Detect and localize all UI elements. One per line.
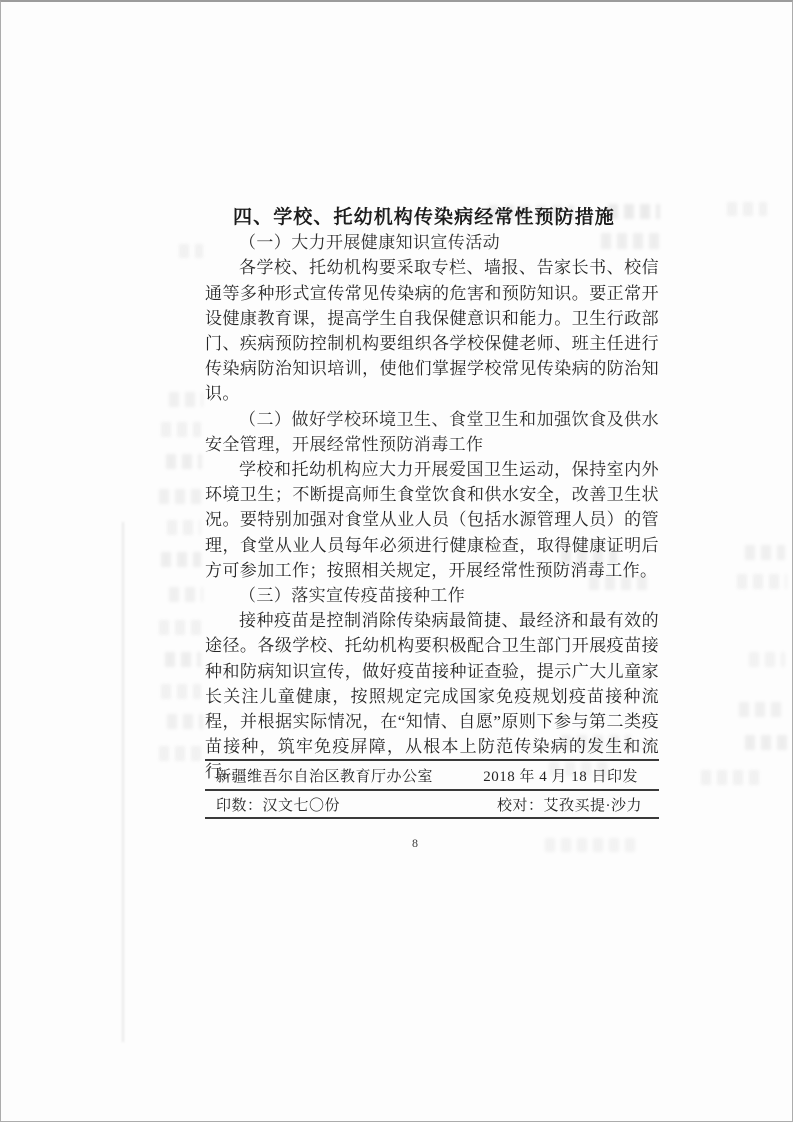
ink-bleed-artifact [545, 838, 635, 852]
proofreader: 校对：艾孜买提·沙力 [497, 794, 642, 815]
print-count: 印数：汉文七〇份 [216, 794, 340, 815]
ink-bleed-artifact [167, 520, 201, 535]
ink-bleed-artifact [159, 489, 201, 504]
subsection-heading-2: （二）做好学校环境卫生、食堂卫生和加强饮食及供水安全管理，开展经常性预防消毒工作 [205, 407, 659, 457]
ink-bleed-artifact [161, 684, 201, 699]
subsection-heading-1: （一）大力开展健康知识宣传活动 [205, 230, 659, 255]
print-date: 2018 年 4 月 18 日印发 [483, 765, 638, 786]
ink-bleed-artifact [179, 244, 203, 258]
ink-bleed-artifact [745, 545, 785, 560]
ink-bleed-artifact [159, 746, 201, 761]
ink-bleed-artifact [161, 552, 201, 567]
ink-bleed-artifact [165, 652, 201, 667]
ink-bleed-artifact [737, 574, 787, 589]
colophon-row-printing: 印数：汉文七〇份 校对：艾孜买提·沙力 [205, 791, 659, 819]
scanned-page: 四、学校、托幼机构传染病经常性预防措施 （一）大力开展健康知识宣传活动 各学校、… [0, 0, 793, 1122]
paragraph-1: 各学校、托幼机构要采取专栏、墙报、告家长书、校信通等多种形式宣传常见传染病的危害… [205, 255, 659, 406]
ink-bleed-artifact [745, 735, 787, 750]
ink-bleed-artifact [167, 714, 203, 729]
ink-bleed-artifact [749, 652, 785, 667]
issuer-office: 新疆维吾尔自治区教育厅办公室 [216, 765, 433, 786]
colophon: 新疆维吾尔自治区教育厅办公室 2018 年 4 月 18 日印发 印数：汉文七〇… [205, 759, 659, 819]
section-heading: 四、学校、托幼机构传染病经常性预防措施 [205, 205, 659, 230]
ink-bleed-artifact [739, 702, 787, 717]
ink-bleed-artifact [727, 202, 767, 216]
ink-bleed-artifact [169, 392, 203, 407]
document-body: 四、学校、托幼机构传染病经常性预防措施 （一）大力开展健康知识宣传活动 各学校、… [205, 205, 659, 785]
subsection-heading-3: （三）落实宣传疫苗接种工作 [205, 583, 659, 608]
page-number: 8 [404, 836, 426, 851]
ink-bleed-artifact [169, 587, 203, 602]
scan-fold-line [122, 522, 124, 1042]
paragraph-2: 学校和托幼机构应大力开展爱国卫生运动，保持室内外环境卫生；不断提高师生食堂饮食和… [205, 457, 659, 583]
ink-bleed-artifact [161, 422, 201, 437]
ink-bleed-artifact [166, 454, 202, 469]
ink-bleed-artifact [701, 770, 761, 785]
colophon-row-issuer: 新疆维吾尔自治区教育厅办公室 2018 年 4 月 18 日印发 [205, 761, 659, 791]
ink-bleed-artifact [159, 620, 201, 635]
